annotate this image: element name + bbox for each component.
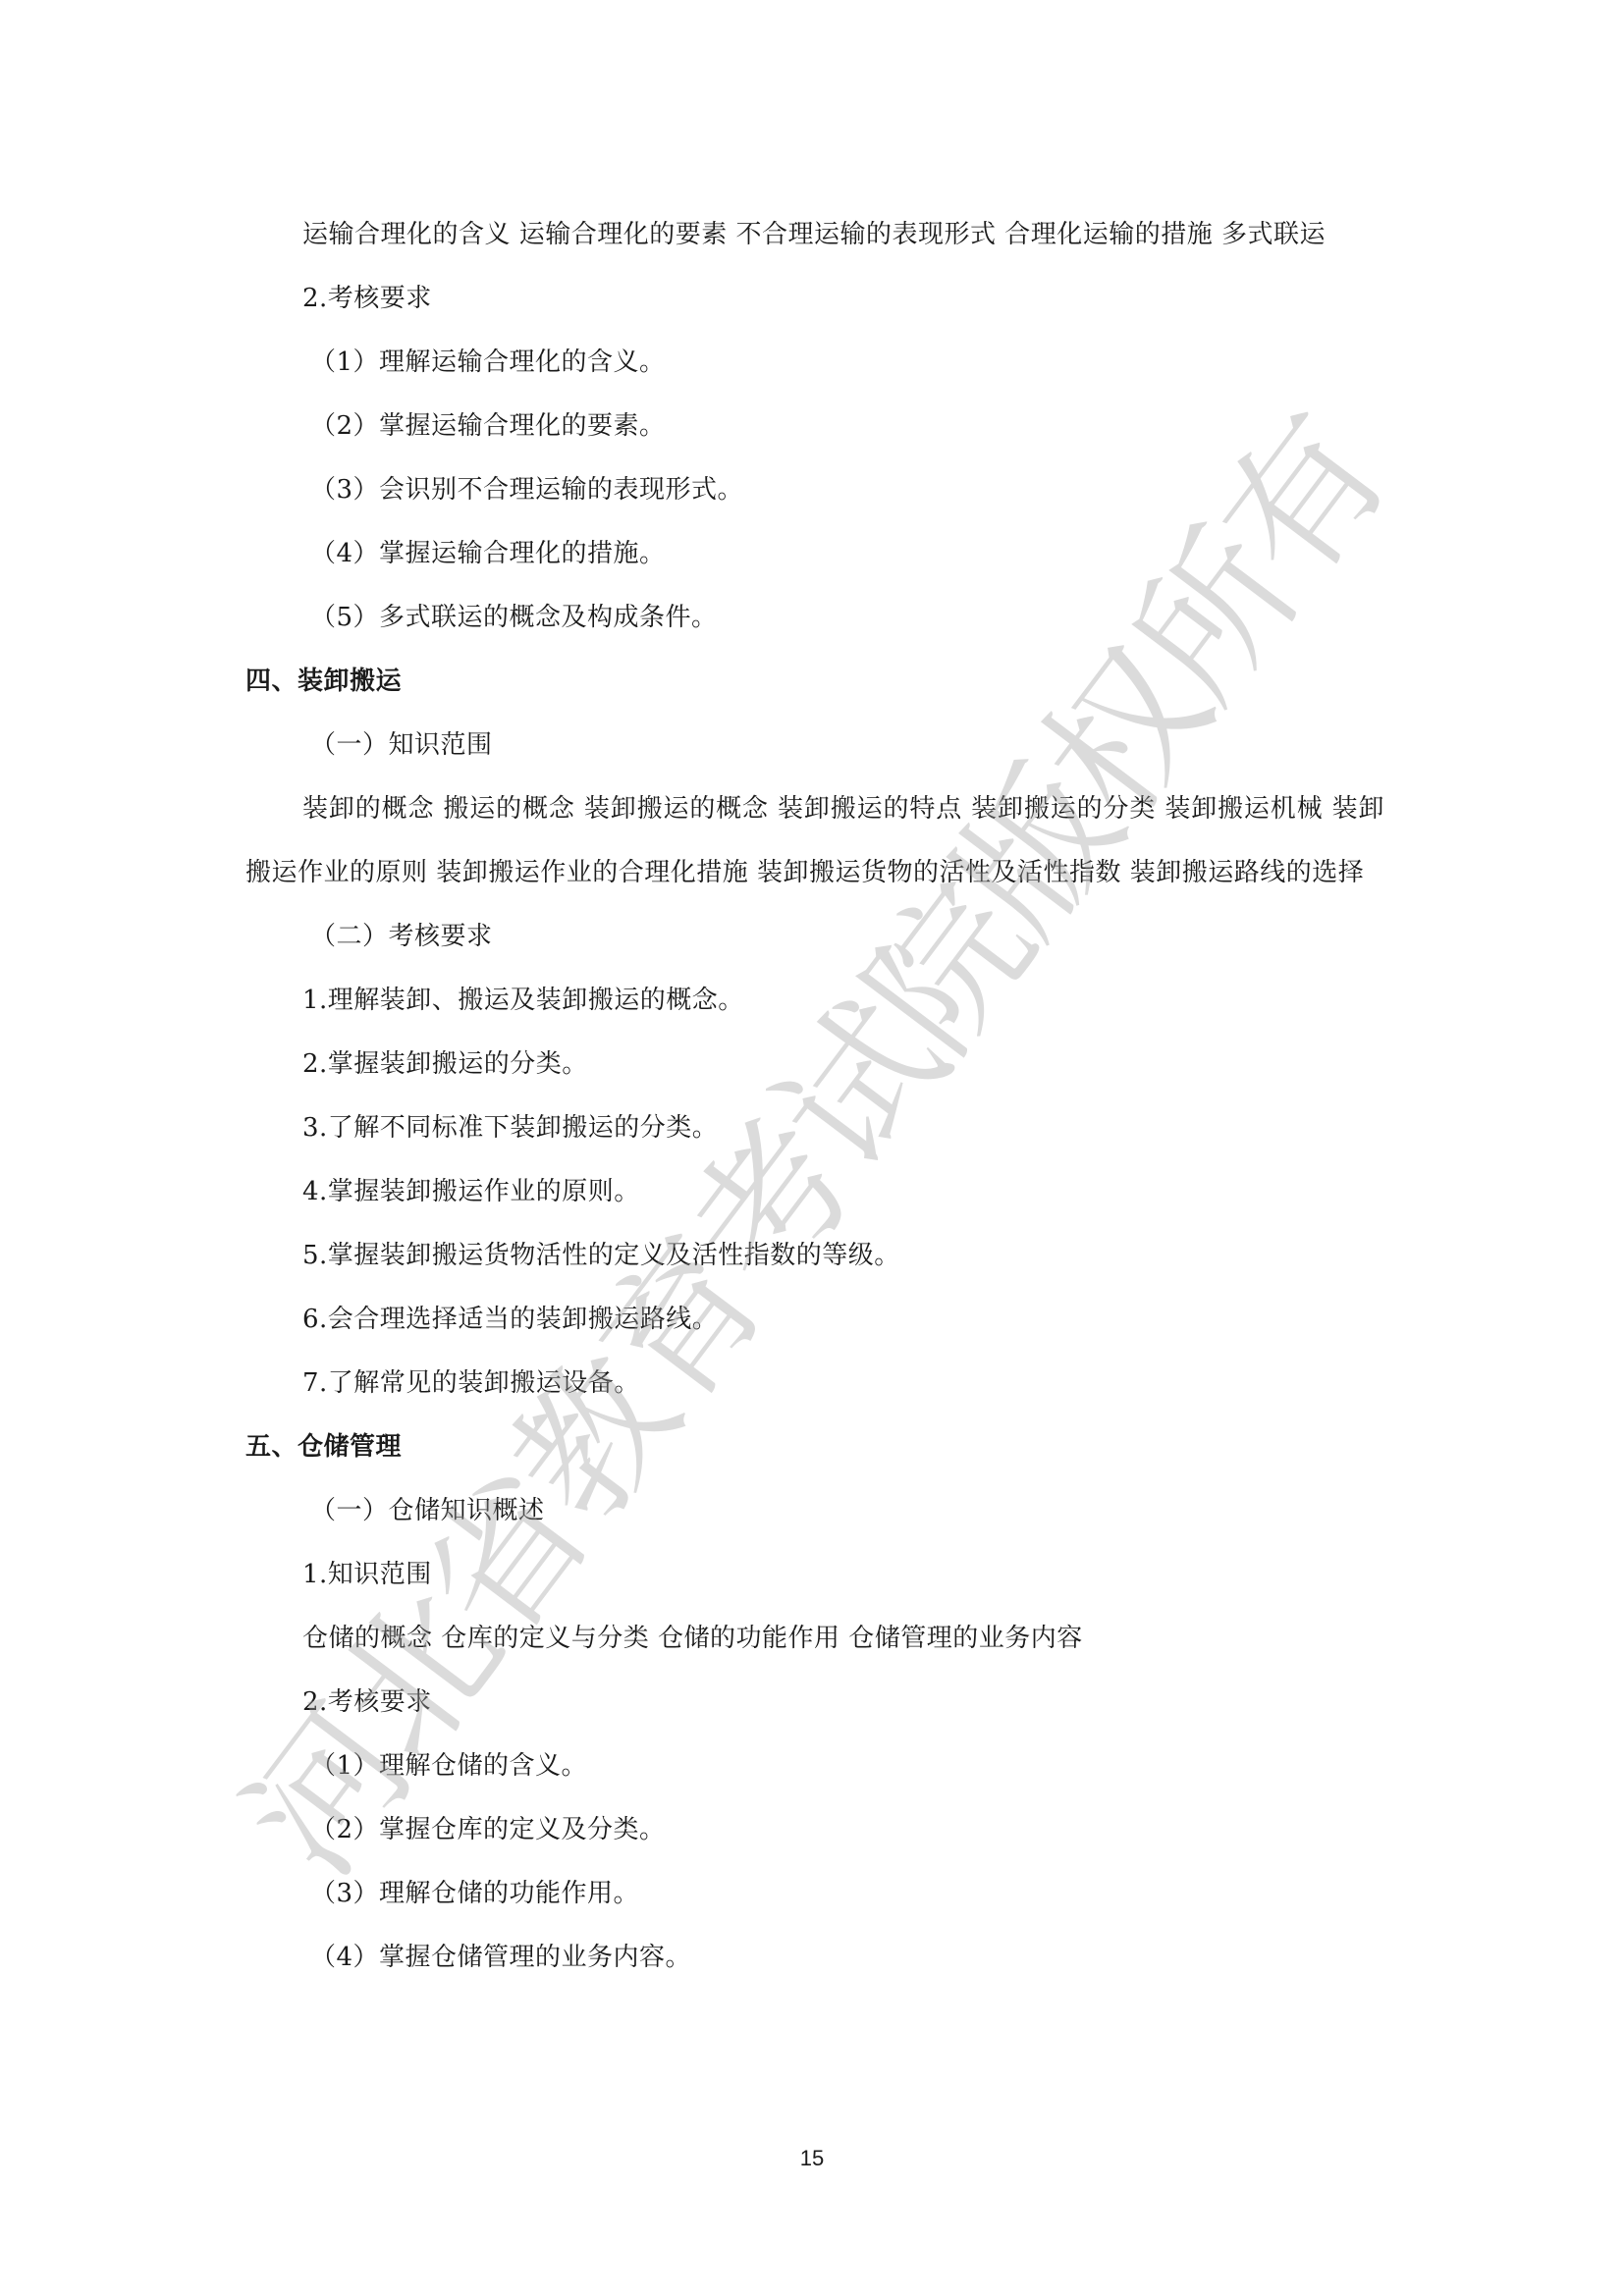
knowledge-scope-transport-rationalization: 运输合理化的含义 运输合理化的要素 不合理运输的表现形式 合理化运输的措施 多式…	[245, 203, 1384, 267]
subsection-assessment-requirements: （二）考核要求	[245, 905, 1384, 969]
section-heading-warehouse-management: 五、仓储管理	[245, 1415, 1384, 1479]
list-item: 7.了解常见的装卸搬运设备。	[245, 1352, 1384, 1415]
list-item: 3.了解不同标准下装卸搬运的分类。	[245, 1096, 1384, 1160]
subsection-assessment-requirements: 2.考核要求	[245, 267, 1384, 331]
list-item: 1.理解装卸、搬运及装卸搬运的概念。	[245, 969, 1384, 1033]
subsection-assessment-requirements: 2.考核要求	[245, 1671, 1384, 1735]
page-number: 15	[0, 2146, 1624, 2171]
list-item: （2）掌握仓库的定义及分类。	[245, 1798, 1384, 1862]
knowledge-scope-loading-unloading: 装卸的概念 搬运的概念 装卸搬运的概念 装卸搬运的特点 装卸搬运的分类 装卸搬运…	[245, 777, 1384, 905]
section-heading-loading-unloading: 四、装卸搬运	[245, 650, 1384, 714]
list-item: 4.掌握装卸搬运作业的原则。	[245, 1160, 1384, 1224]
page-content: 运输合理化的含义 运输合理化的要素 不合理运输的表现形式 合理化运输的措施 多式…	[245, 203, 1384, 1990]
list-item: （1）理解仓储的含义。	[245, 1735, 1384, 1798]
list-item: 6.会合理选择适当的装卸搬运路线。	[245, 1288, 1384, 1352]
subsection-knowledge-scope: （一）知识范围	[245, 714, 1384, 777]
list-item: （3）理解仓储的功能作用。	[245, 1862, 1384, 1926]
list-item: （2）掌握运输合理化的要素。	[245, 395, 1384, 458]
list-item: （4）掌握仓储管理的业务内容。	[245, 1926, 1384, 1990]
list-item: （1）理解运输合理化的含义。	[245, 331, 1384, 395]
list-item: 5.掌握装卸搬运货物活性的定义及活性指数的等级。	[245, 1224, 1384, 1288]
subsection-warehouse-overview: （一）仓储知识概述	[245, 1479, 1384, 1543]
subsection-knowledge-scope: 1.知识范围	[245, 1543, 1384, 1607]
list-item: （5）多式联运的概念及构成条件。	[245, 586, 1384, 650]
list-item: （4）掌握运输合理化的措施。	[245, 522, 1384, 586]
list-item: 2.掌握装卸搬运的分类。	[245, 1033, 1384, 1096]
knowledge-scope-warehouse: 仓储的概念 仓库的定义与分类 仓储的功能作用 仓储管理的业务内容	[245, 1607, 1384, 1671]
list-item: （3）会识别不合理运输的表现形式。	[245, 458, 1384, 522]
document-page: 运输合理化的含义 运输合理化的要素 不合理运输的表现形式 合理化运输的措施 多式…	[0, 0, 1624, 2296]
